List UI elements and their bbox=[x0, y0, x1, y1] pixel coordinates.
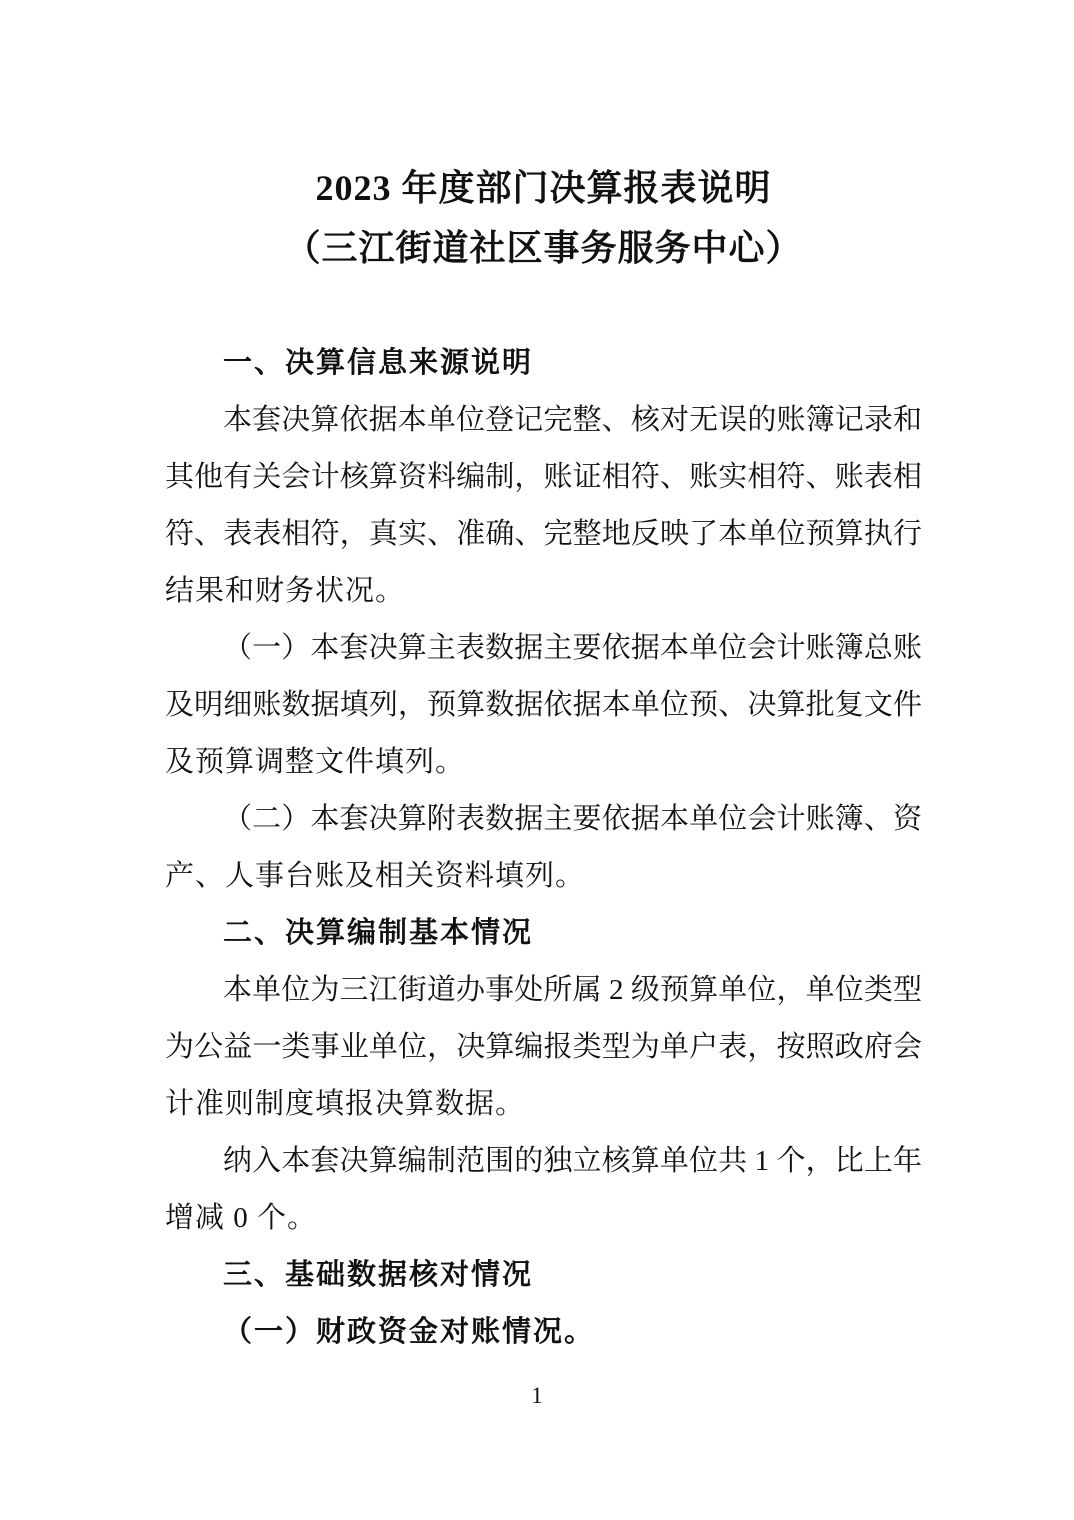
section-heading-line: 一、决算信息来源说明 bbox=[165, 335, 922, 392]
text-line: 及明细账数据填列，预算数据依据本单位预、决算批复文件 bbox=[165, 677, 922, 734]
document-title-line-2: （三江街道社区事务服务中心） bbox=[165, 218, 922, 278]
page-number: 1 bbox=[0, 1383, 1074, 1409]
section-heading-line: （一）财政资金对账情况。 bbox=[165, 1304, 922, 1361]
document-title-line-1: 2023 年度部门决算报表说明 bbox=[165, 158, 922, 218]
text-line: 为公益一类事业单位，决算编报类型为单户表，按照政府会 bbox=[165, 1019, 922, 1076]
text-line: （二）本套决算附表数据主要依据本单位会计账簿、资 bbox=[165, 791, 922, 848]
body-text-block: 一、决算信息来源说明本套决算依据本单位登记完整、核对无误的账簿记录和其他有关会计… bbox=[165, 335, 922, 1361]
text-line: 本套决算依据本单位登记完整、核对无误的账簿记录和 bbox=[165, 392, 922, 449]
text-line: 本单位为三江街道办事处所属 2 级预算单位，单位类型 bbox=[165, 962, 922, 1019]
text-line: 其他有关会计核算资料编制，账证相符、账实相符、账表相 bbox=[165, 449, 922, 506]
document-content: 2023 年度部门决算报表说明 （三江街道社区事务服务中心） 一、决算信息来源说… bbox=[165, 0, 922, 1361]
text-line: 计准则制度填报决算数据。 bbox=[165, 1076, 922, 1133]
text-line: （一）本套决算主表数据主要依据本单位会计账簿总账 bbox=[165, 620, 922, 677]
title-block: 2023 年度部门决算报表说明 （三江街道社区事务服务中心） bbox=[165, 0, 922, 278]
text-line: 结果和财务状况。 bbox=[165, 563, 922, 620]
text-line: 符、表表相符，真实、准确、完整地反映了本单位预算执行 bbox=[165, 506, 922, 563]
section-heading-line: 二、决算编制基本情况 bbox=[165, 905, 922, 962]
text-line: 纳入本套决算编制范围的独立核算单位共 1 个，比上年 bbox=[165, 1133, 922, 1190]
section-heading-line: 三、基础数据核对情况 bbox=[165, 1247, 922, 1304]
text-line: 产、人事台账及相关资料填列。 bbox=[165, 848, 922, 905]
text-line: 及预算调整文件填列。 bbox=[165, 734, 922, 791]
document-page: 2023 年度部门决算报表说明 （三江街道社区事务服务中心） 一、决算信息来源说… bbox=[0, 0, 1074, 1520]
text-line: 增减 0 个。 bbox=[165, 1190, 922, 1247]
